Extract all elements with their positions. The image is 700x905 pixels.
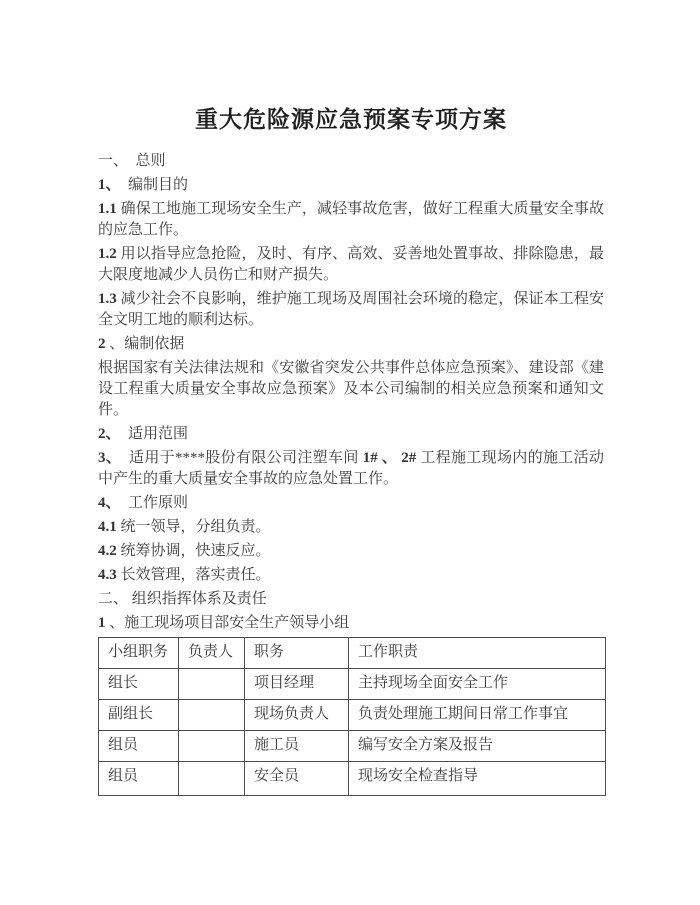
paragraph-text: 一、 总则 — [98, 153, 166, 169]
table-cell-title: 施工员 — [245, 731, 349, 762]
heading-work-principles: 4、 工作原则 — [98, 493, 604, 514]
table-cell-duty: 主持现场全面安全工作 — [349, 669, 606, 700]
paragraph-number: 1、 — [98, 177, 113, 193]
paragraph-text: 确保工地施工现场安全生产，减轻事故危害，做好工程重大质量安全事故的应急工作。 — [98, 201, 604, 238]
paragraph-4-1: 4.1 统一领导，分组负责。 — [98, 517, 604, 538]
paragraph-scope-detail: 3、 适用于****股份有限公司注塑车间 1# 、 2# 工程施工现场内的施工活… — [98, 448, 604, 490]
paragraph-text: 二、 组织指挥体系及责任 — [98, 591, 267, 607]
table-cell-duty: 现场安全检查指导 — [349, 762, 606, 796]
paragraph-text: 适用范围 — [113, 426, 188, 442]
paragraph-text: 适用于****股份有限公司注塑车间 — [114, 450, 363, 466]
table-cell-person — [179, 700, 245, 731]
paragraph-text: 统一领导，分组负责。 — [121, 519, 271, 535]
table-header-row: 小组职务 负责人 职务 工作职责 — [99, 638, 606, 669]
table-cell-group-position: 组员 — [99, 731, 179, 762]
table-cell-title: 项目经理 — [245, 669, 349, 700]
table-row: 组员 安全员 现场安全检查指导 — [99, 762, 606, 796]
table-header-person: 负责人 — [179, 638, 245, 669]
paragraph-4-2: 4.2 统筹协调，快速反应。 — [98, 541, 604, 562]
paragraph-text: 长效管理，落实责任。 — [121, 567, 271, 583]
paragraph-text: 、施工现场项目部安全生产领导小组 — [109, 615, 349, 631]
table-cell-title: 安全员 — [245, 762, 349, 796]
paragraph-text: 编制目的 — [113, 177, 188, 193]
document-page: 重大危险源应急预案专项方案 一、 总则 1、 编制目的 1.1 确保工地施工现场… — [0, 0, 700, 905]
heading-organization-system: 二、 组织指挥体系及责任 — [98, 589, 604, 610]
paragraph-number: 3、 — [98, 450, 114, 466]
paragraph-text: 工作原则 — [113, 495, 188, 511]
paragraph-basis-detail: 根据国家有关法律法规和《安徽省突发公共事件总体应急预案》、建设部《建设工程重大质… — [98, 358, 604, 421]
heading-compilation-purpose: 1、 编制目的 — [98, 175, 604, 196]
heading-leading-group: 1 、施工现场项目部安全生产领导小组 — [98, 613, 604, 634]
table-cell-person — [179, 762, 245, 796]
paragraph-text: 、编制依据 — [109, 336, 184, 352]
table-cell-duty: 负责处理施工期间日常工作事宜 — [349, 700, 606, 731]
safety-leading-group-table: 小组职务 负责人 职务 工作职责 组长 项目经理 主持现场全面安全工作 副组长 … — [98, 637, 606, 796]
table-cell-duty: 编写安全方案及报告 — [349, 731, 606, 762]
paragraph-number: 1.3 — [98, 291, 121, 307]
table-cell-group-position: 组员 — [99, 762, 179, 796]
heading-scope: 2、 适用范围 — [98, 424, 604, 445]
table-header-title: 职务 — [245, 638, 349, 669]
paragraph-number: 4.3 — [98, 567, 121, 583]
table-row: 组员 施工员 编写安全方案及报告 — [99, 731, 606, 762]
paragraph-text: 用以指导应急抢险，及时、有序、高效、妥善地处置事故、排除隐患，最大限度地减少人员… — [98, 246, 604, 283]
paragraph-number: 4、 — [98, 495, 113, 511]
paragraph-number: 1.2 — [98, 246, 121, 262]
page-title: 重大危险源应急预案专项方案 — [98, 104, 604, 135]
paragraph-number: 4.1 — [98, 519, 121, 535]
paragraph-1-2: 1.2 用以指导应急抢险，及时、有序、高效、妥善地处置事故、排除隐患，最大限度地… — [98, 244, 604, 286]
table-cell-group-position: 副组长 — [99, 700, 179, 731]
table-header-group-position: 小组职务 — [99, 638, 179, 669]
paragraph-text: 统筹协调，快速反应。 — [121, 543, 271, 559]
table-row: 组长 项目经理 主持现场全面安全工作 — [99, 669, 606, 700]
table-cell-person — [179, 731, 245, 762]
heading-compilation-basis: 2 、编制依据 — [98, 334, 604, 355]
table-cell-group-position: 组长 — [99, 669, 179, 700]
table-header-duty: 工作职责 — [349, 638, 606, 669]
paragraph-number: 2 — [98, 336, 109, 352]
paragraph-text: 根据国家有关法律法规和《安徽省突发公共事件总体应急预案》、建设部《建设工程重大质… — [98, 360, 604, 418]
table-cell-title: 现场负责人 — [245, 700, 349, 731]
heading-general-rules: 一、 总则 — [98, 151, 604, 172]
paragraph-number: 1.1 — [98, 201, 121, 217]
table-cell-person — [179, 669, 245, 700]
paragraph-number: 2、 — [98, 426, 113, 442]
paragraph-text: 减少社会不良影响，维护施工现场及周围社会环境的稳定，保证本工程安全文明工地的顺利… — [98, 291, 604, 328]
paragraph-1-3: 1.3 减少社会不良影响，维护施工现场及周围社会环境的稳定，保证本工程安全文明工… — [98, 289, 604, 331]
paragraph-1-1: 1.1 确保工地施工现场安全生产，减轻事故危害，做好工程重大质量安全事故的应急工… — [98, 199, 604, 241]
building-numbers: 1# 、 2# — [363, 450, 417, 466]
paragraph-number: 4.2 — [98, 543, 121, 559]
paragraph-number: 1 — [98, 615, 109, 631]
paragraph-4-3: 4.3 长效管理，落实责任。 — [98, 565, 604, 586]
table-row: 副组长 现场负责人 负责处理施工期间日常工作事宜 — [99, 700, 606, 731]
